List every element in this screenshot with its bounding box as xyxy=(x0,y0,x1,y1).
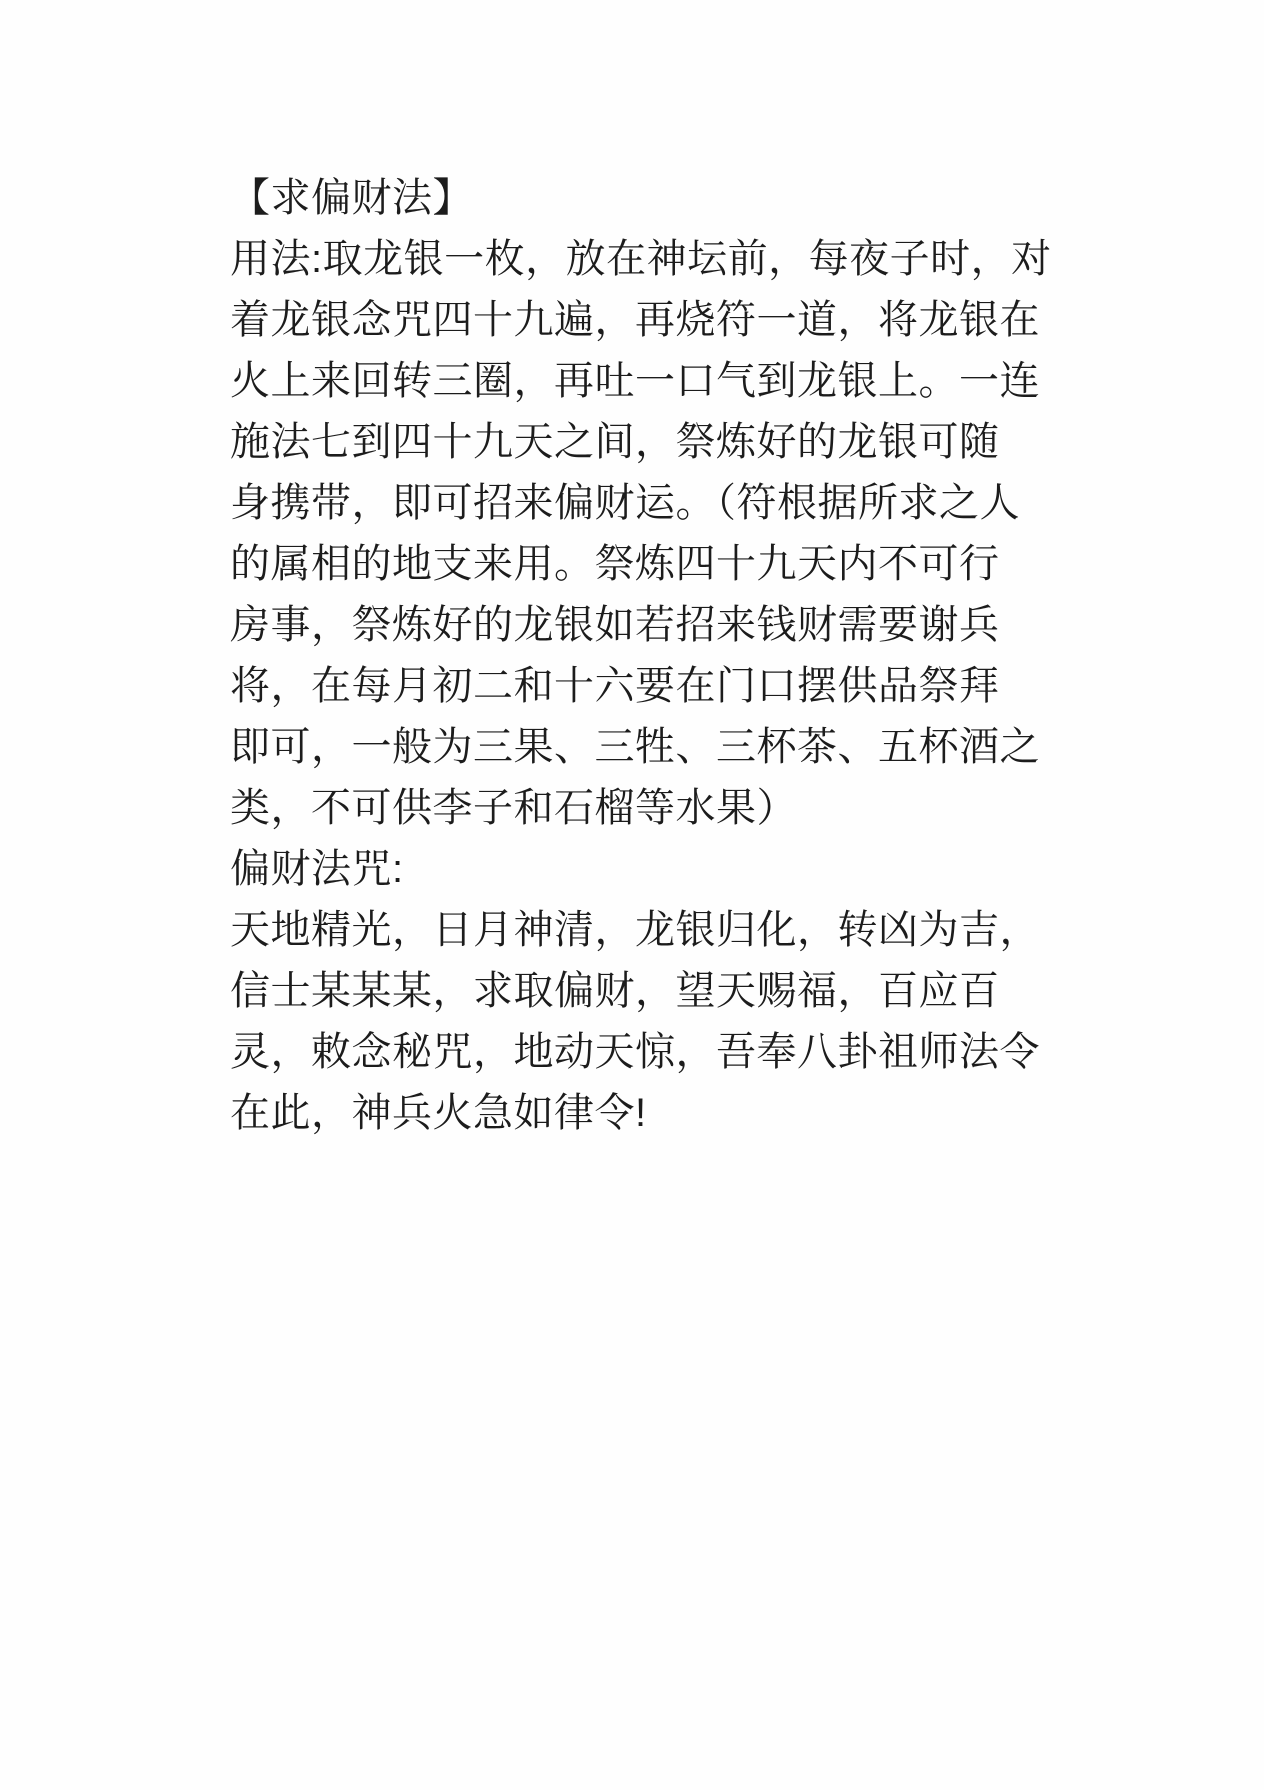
text-line: 身携带，即可招来偏财运。（符根据所求之人 xyxy=(230,473,1150,534)
section-label: 偏财法咒: xyxy=(230,839,1150,900)
text-line: 天地精光，日月神清，龙银归化，转凶为吉， xyxy=(230,900,1150,961)
text-line: 用法:取龙银一枚，放在神坛前，每夜子时，对 xyxy=(230,229,1150,290)
text-block: 【求偏财法】 用法:取龙银一枚，放在神坛前，每夜子时，对 着龙银念咒四十九遍，再… xyxy=(230,168,1150,1144)
text-line: 施法七到四十九天之间，祭炼好的龙银可随 xyxy=(230,412,1150,473)
text-line: 在此，神兵火急如律令! xyxy=(230,1083,1150,1144)
text-line: 火上来回转三圈，再吐一口气到龙银上。一连 xyxy=(230,351,1150,412)
text-line: 房事，祭炼好的龙银如若招来钱财需要谢兵 xyxy=(230,595,1150,656)
document-title: 【求偏财法】 xyxy=(230,168,1150,229)
text-line: 着龙银念咒四十九遍，再烧符一道，将龙银在 xyxy=(230,290,1150,351)
text-line: 即可，一般为三果、三牲、三杯茶、五杯酒之 xyxy=(230,717,1150,778)
text-line: 信士某某某，求取偏财，望天赐福，百应百 xyxy=(230,961,1150,1022)
text-line: 灵，敕念秘咒，地动天惊，吾奉八卦祖师法令 xyxy=(230,1022,1150,1083)
text-line: 类，不可供李子和石榴等水果） xyxy=(230,778,1150,839)
text-line: 的属相的地支来用。祭炼四十九天内不可行 xyxy=(230,534,1150,595)
text-line: 将，在每月初二和十六要在门口摆供品祭拜 xyxy=(230,656,1150,717)
document-page: 【求偏财法】 用法:取龙银一枚，放在神坛前，每夜子时，对 着龙银念咒四十九遍，再… xyxy=(0,0,1264,1790)
